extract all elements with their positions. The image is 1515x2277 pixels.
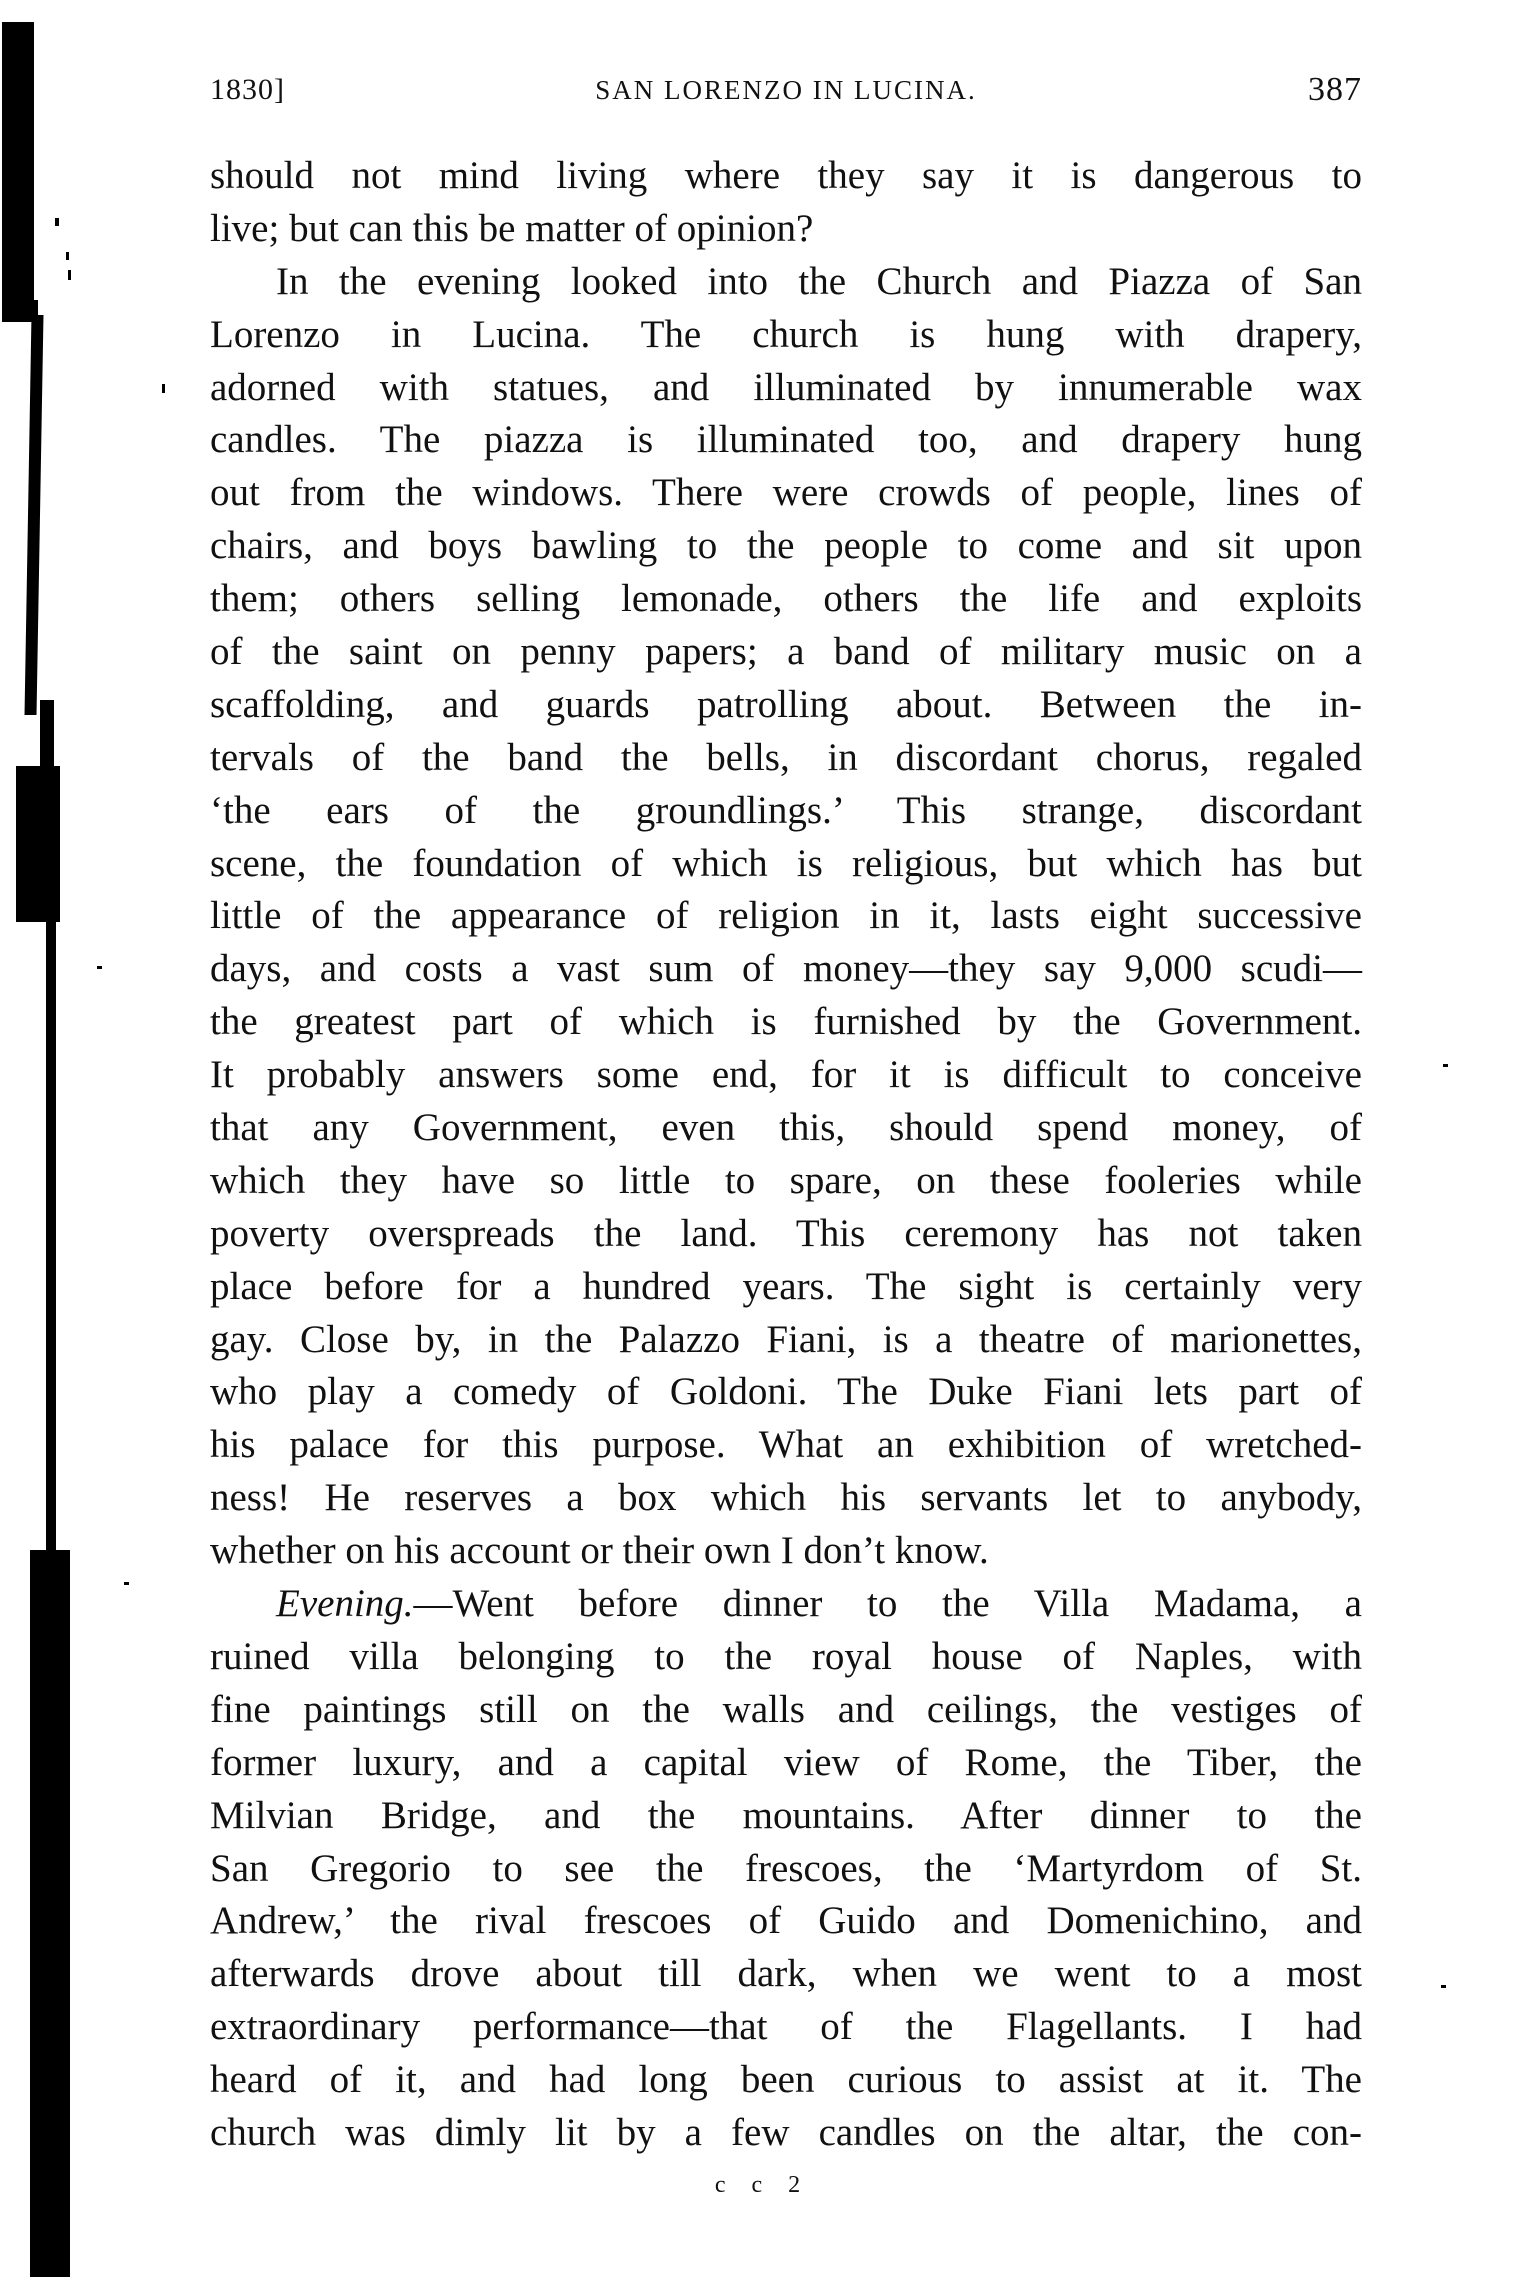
paragraph-start-line: Evening.—Went before dinner to the Villa… (210, 1578, 1362, 1631)
margin-speck (97, 966, 102, 969)
binding-shadow-top (2, 22, 34, 322)
italic-lead: Evening. (276, 1582, 414, 1625)
text-line: should not mind living where they say it… (210, 150, 1362, 203)
text-line: Andrew,’ the rival frescoes of Guido and… (210, 1895, 1362, 1948)
text-line: extraordinary performance—that of the Fl… (210, 2001, 1362, 2054)
signature-mark: c c 2 (0, 2172, 1515, 2199)
text-line: which they have so little to spare, on t… (210, 1155, 1362, 1208)
binding-strip-lower (46, 920, 56, 1560)
text-line: chairs, and boys bawling to the people t… (210, 520, 1362, 573)
margin-speck (68, 270, 71, 280)
text-line: who play a comedy of Goldoni. The Duke F… (210, 1366, 1362, 1419)
margin-speck (55, 218, 59, 226)
text-line: Lorenzo in Lucina. The church is hung wi… (210, 309, 1362, 362)
text-line: days, and costs a vast sum of money—they… (210, 943, 1362, 996)
text-line: scene, the foundation of which is religi… (210, 838, 1362, 891)
running-header: 1830] SAN LORENZO IN LUCINA. 387 (210, 70, 1362, 110)
text-line: that any Government, even this, should s… (210, 1102, 1362, 1155)
page-number: 387 (1308, 70, 1362, 110)
text-line: of the saint on penny papers; a band of … (210, 626, 1362, 679)
binding-strip-upper (25, 315, 44, 715)
text-line: tervals of the band the bells, in discor… (210, 732, 1362, 785)
text-line: his palace for this purpose. What an exh… (210, 1419, 1362, 1472)
text-line: ‘the ears of the groundlings.’ This stra… (210, 785, 1362, 838)
text-line: It probably answers some end, for it is … (210, 1049, 1362, 1102)
text-line: afterwards drove about till dark, when w… (210, 1948, 1362, 2001)
text-line: little of the appearance of religion in … (210, 890, 1362, 943)
text-line: former luxury, and a capital view of Rom… (210, 1737, 1362, 1790)
binding-shadow-bottom (30, 1550, 70, 2277)
scanned-book-page: 1830] SAN LORENZO IN LUCINA. 387 should … (0, 0, 1515, 2277)
text-line: ness! He reserves a box which his servan… (210, 1472, 1362, 1525)
text-line: fine paintings still on the walls and ce… (210, 1684, 1362, 1737)
margin-speck (1441, 1985, 1446, 1988)
binding-strip-mid (40, 700, 54, 770)
text-line: whether on his account or their own I do… (210, 1525, 1362, 1578)
text-line: heard of it, and had long been curious t… (210, 2054, 1362, 2107)
text-line: live; but can this be matter of opinion? (210, 203, 1362, 256)
margin-speck (124, 1582, 129, 1585)
paragraph-start-line: In the evening looked into the Church an… (210, 256, 1362, 309)
text-line: place before for a hundred years. The si… (210, 1261, 1362, 1314)
header-title: SAN LORENZO IN LUCINA. (210, 70, 1362, 110)
text-line-rest: —Went before dinner to the Villa Madama,… (414, 1582, 1362, 1625)
text-line: Milvian Bridge, and the mountains. After… (210, 1790, 1362, 1843)
text-line: gay. Close by, in the Palazzo Fiani, is … (210, 1314, 1362, 1367)
text-line: church was dimly lit by a few candles on… (210, 2107, 1362, 2160)
text-line: out from the windows. There were crowds … (210, 467, 1362, 520)
text-line: adorned with statues, and illuminated by… (210, 362, 1362, 415)
text-line: San Gregorio to see the frescoes, the ‘M… (210, 1843, 1362, 1896)
body-text: should not mind living where they say it… (210, 150, 1362, 2160)
margin-speck (1443, 1064, 1448, 1067)
text-line: the greatest part of which is furnished … (210, 996, 1362, 1049)
margin-speck (66, 252, 69, 260)
text-line: scaffolding, and guards patrolling about… (210, 679, 1362, 732)
text-line: them; others selling lemonade, others th… (210, 573, 1362, 626)
text-line: poverty overspreads the land. This cerem… (210, 1208, 1362, 1261)
binding-blotch (16, 766, 60, 922)
text-line: ruined villa belonging to the royal hous… (210, 1631, 1362, 1684)
text-line: candles. The piazza is illuminated too, … (210, 414, 1362, 467)
margin-speck (162, 384, 165, 393)
